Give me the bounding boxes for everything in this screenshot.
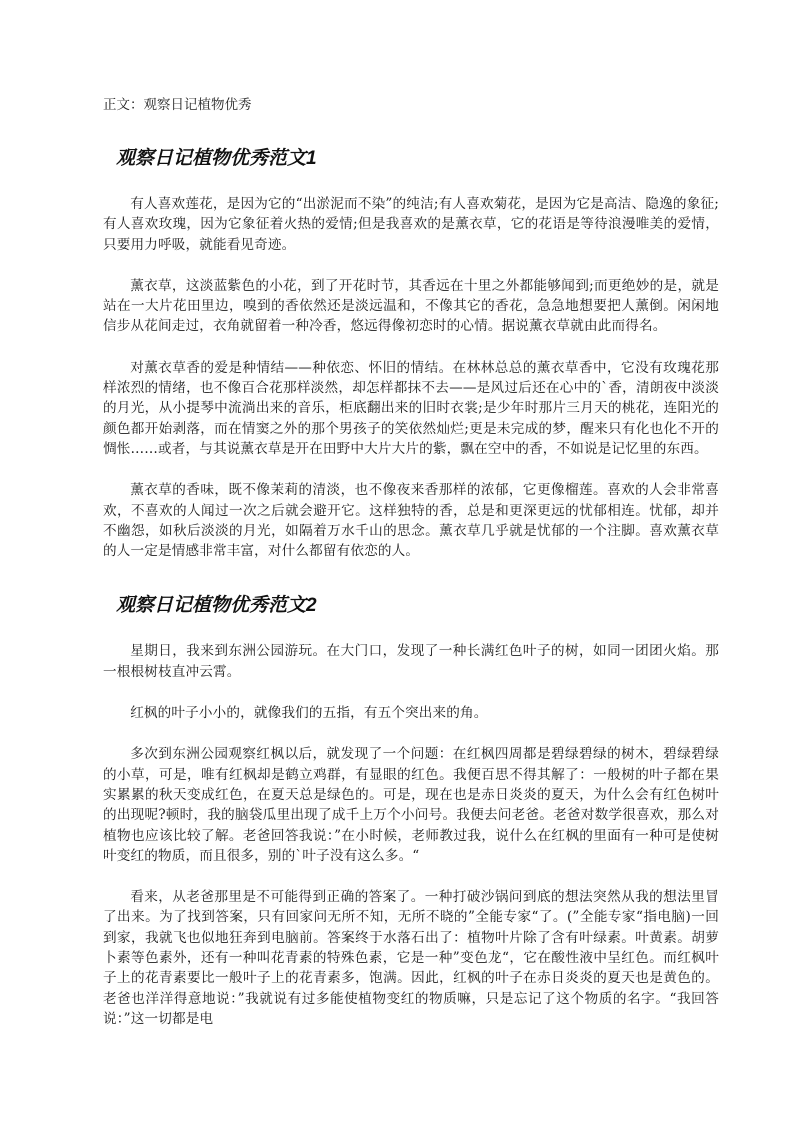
paragraph: 看来，从老爸那里是不可能得到正确的答案了。一种打破沙锅问到底的想法突然从我的想法… <box>103 887 719 1029</box>
document-header: 正文：观察日记植物优秀 <box>103 95 719 115</box>
paragraph: 有人喜欢莲花，是因为它的“出淤泥而不染”的纯洁;有人喜欢菊花，是因为它是高洁、隐… <box>103 194 719 255</box>
section-title: 观察日记植物优秀范文2 <box>116 593 719 619</box>
section-title: 观察日记植物优秀范文1 <box>116 146 719 172</box>
document-page: 正文：观察日记植物优秀 观察日记植物优秀范文1 有人喜欢莲花，是因为它的“出淤泥… <box>103 95 719 1029</box>
paragraph: 对薰衣草香的爱是种情结——种依恋、怀旧的情结。在林林总总的薰衣草香中，它没有玫瑰… <box>103 358 719 459</box>
section-1: 观察日记植物优秀范文1 有人喜欢莲花，是因为它的“出淤泥而不染”的纯洁;有人喜欢… <box>103 146 719 561</box>
paragraph: 薰衣草的香味，既不像茉莉的清淡，也不像夜来香那样的浓郁，它更像榴莲。喜欢的人会非… <box>103 480 719 561</box>
paragraph: 红枫的叶子小小的，就像我们的五指，有五个突出来的角。 <box>103 703 719 723</box>
paragraph: 星期日，我来到东洲公园游玩。在大门口，发现了一种长满红色叶子的树，如同一团团火焰… <box>103 641 719 682</box>
paragraph: 多次到东洲公园观察红枫以后，就发现了一个问题：在红枫四周都是碧绿碧绿的树木，碧绿… <box>103 744 719 866</box>
paragraph: 薰衣草，这淡蓝紫色的小花，到了开花时节，其香远在十里之外都能够闻到;而更绝妙的是… <box>103 276 719 337</box>
section-2: 观察日记植物优秀范文2 星期日，我来到东洲公园游玩。在大门口，发现了一种长满红色… <box>103 593 719 1029</box>
